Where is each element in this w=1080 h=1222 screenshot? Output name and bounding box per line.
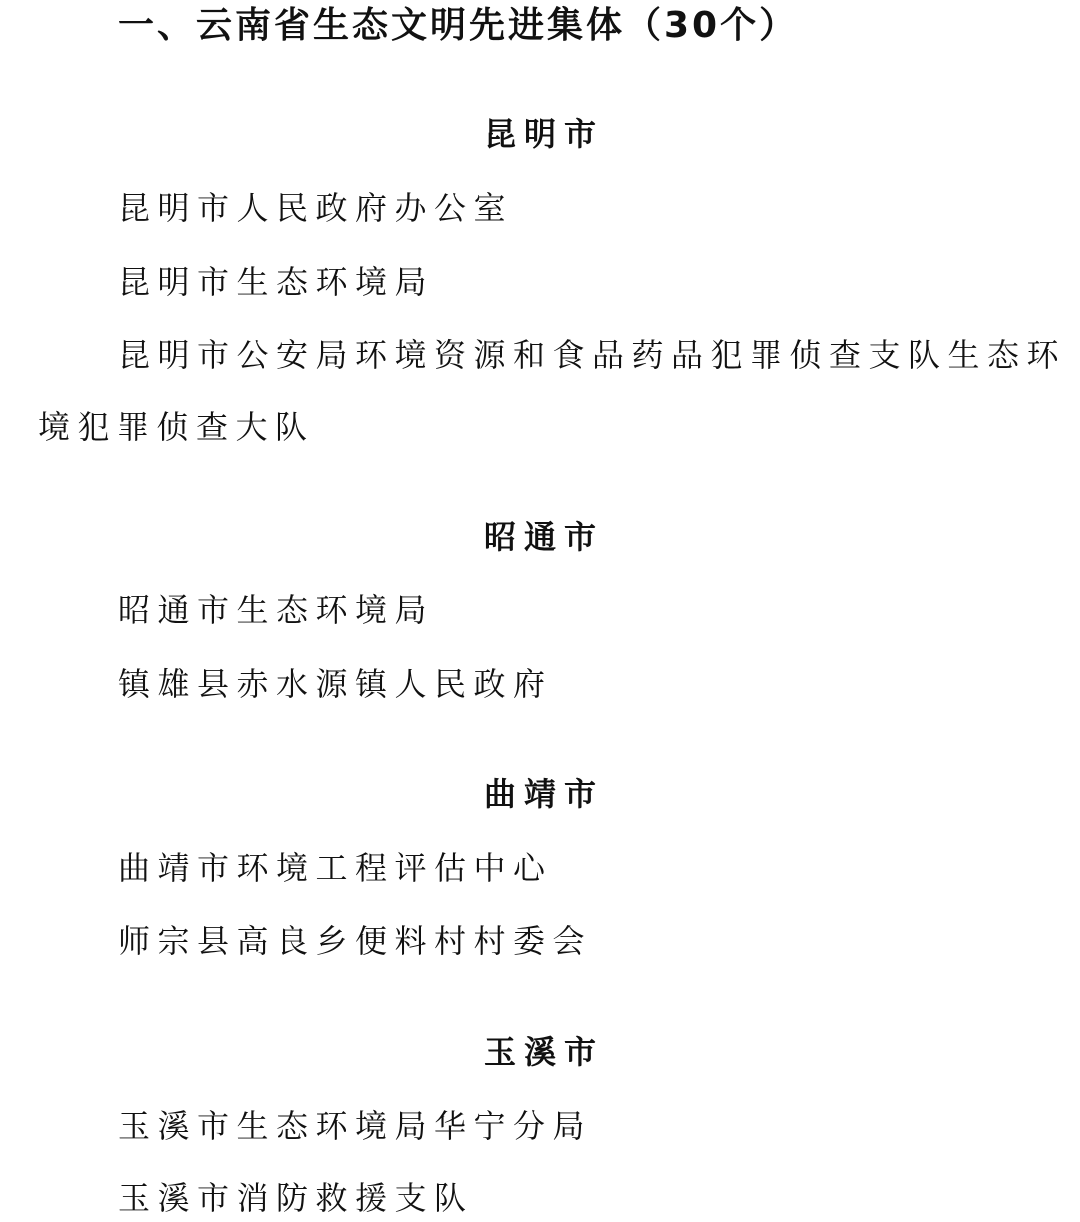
document-title: 一、云南省生态文明先进集体（30个） xyxy=(118,2,798,50)
list-item: 玉溪市消防救援支队 xyxy=(118,1176,474,1220)
list-item: 昆明市公安局环境资源和食品药品犯罪侦查支队生态环 xyxy=(118,333,1066,377)
list-item: 镇雄县赤水源镇人民政府 xyxy=(118,662,553,706)
list-item: 曲靖市环境工程评估中心 xyxy=(118,846,553,890)
list-item: 玉溪市生态环境局华宁分局 xyxy=(118,1104,592,1148)
list-item: 昆明市人民政府办公室 xyxy=(118,186,513,230)
list-item: 昆明市生态环境局 xyxy=(118,260,434,304)
list-item: 师宗县高良乡便料村村委会 xyxy=(118,919,592,963)
list-item-continuation: 境犯罪侦查大队 xyxy=(38,405,315,449)
section-heading-qujing: 曲靖市 xyxy=(0,772,1080,816)
list-item: 昭通市生态环境局 xyxy=(118,588,434,632)
section-heading-zhaotong: 昭通市 xyxy=(0,515,1080,559)
section-heading-kunming: 昆明市 xyxy=(0,112,1080,156)
section-heading-yuxi: 玉溪市 xyxy=(0,1030,1080,1074)
